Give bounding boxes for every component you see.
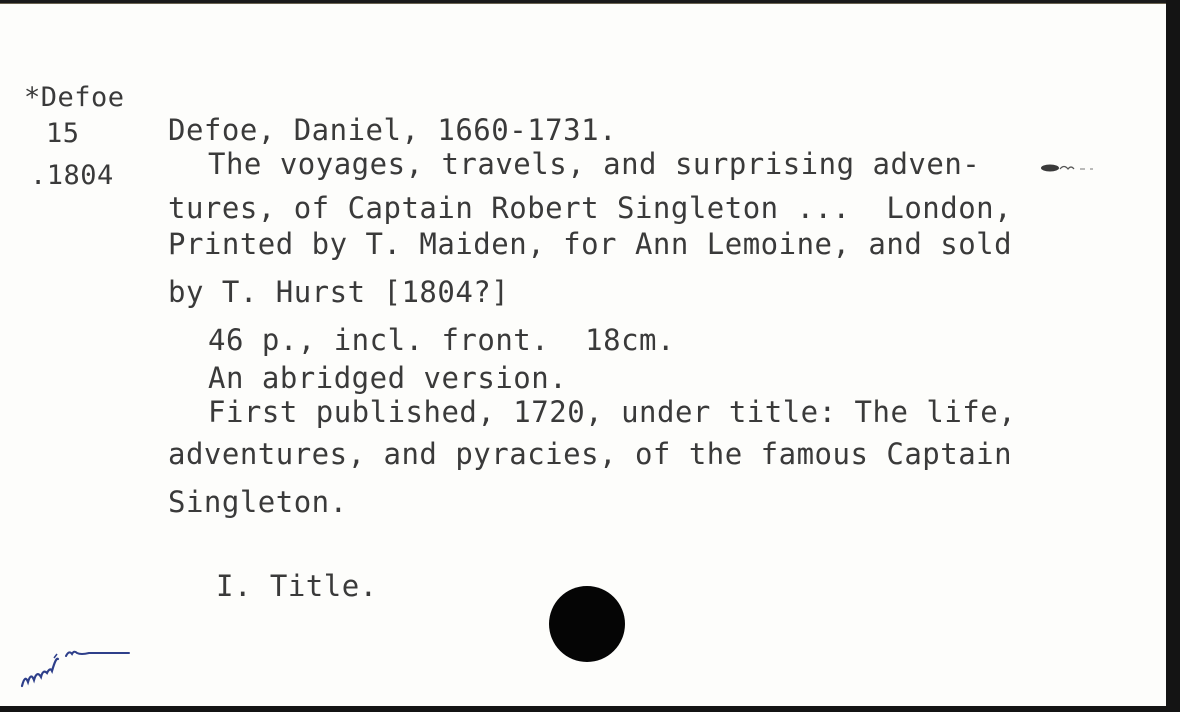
title-line-4: by T. Hurst [1804?] xyxy=(168,278,509,307)
call-number-line-3: .1804 xyxy=(30,162,114,189)
title-line-3: Printed by T. Maiden, for Ann Lemoine, a… xyxy=(168,230,1012,259)
note-first-published-line-1: First published, 1720, under title: The … xyxy=(208,398,1016,427)
title-line-1: The voyages, travels, and surprising adv… xyxy=(208,150,980,179)
call-number-line-1: *Defoe xyxy=(24,84,125,111)
card-right-edge xyxy=(1166,0,1180,712)
ink-smudge xyxy=(1040,161,1100,175)
catalog-card: *Defoe 15 .1804 Defoe, Daniel, 1660-1731… xyxy=(0,3,1166,707)
card-bottom-edge xyxy=(0,706,1180,712)
handwritten-initials xyxy=(18,636,148,696)
note-first-published-line-2: adventures, and pyracies, of the famous … xyxy=(168,440,1012,469)
call-number-line-2: 15 xyxy=(46,120,80,147)
collation: 46 p., incl. front. 18cm. xyxy=(208,326,675,355)
punch-hole xyxy=(549,586,625,662)
main-entry: Defoe, Daniel, 1660-1731. xyxy=(168,116,617,145)
tracings: I. Title. xyxy=(216,572,378,601)
note-abridged: An abridged version. xyxy=(208,364,567,393)
title-line-2: tures, of Captain Robert Singleton ... L… xyxy=(168,194,1012,223)
note-first-published-line-3: Singleton. xyxy=(168,488,348,517)
